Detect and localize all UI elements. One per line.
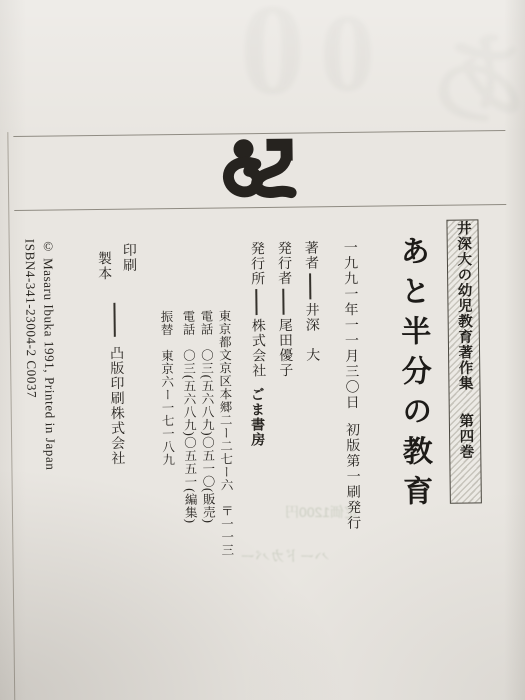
- credit-dash: [283, 289, 285, 315]
- colophon-content: 井深大の幼児教育著作集第四巻 あと半分の教育 一九九一年一一月三〇日初版第一刷発…: [0, 0, 525, 700]
- postal-transfer: 振替 東京六ー一七一八九: [159, 310, 175, 466]
- credit-author: 著者井深 大: [302, 240, 320, 362]
- phone-sales: 電話 〇三(五六八九)〇五一〇(販売): [199, 310, 216, 524]
- series-banner-text: 井深大の幼児教育著作集第四巻: [454, 220, 474, 502]
- series-banner: 井深大の幼児教育著作集第四巻: [446, 219, 481, 503]
- publisher-address: 東京都文京区本郷二ー二七ー六 〒一一三: [217, 309, 234, 556]
- credit-label: 著者: [303, 240, 318, 270]
- publisher-name: ごま書房: [250, 387, 267, 447]
- credit-issuer: 発行者尾田優子: [275, 241, 293, 378]
- printing-company-name: 凸版印刷株式会社: [108, 346, 124, 466]
- binding-label: 製本: [95, 251, 111, 281]
- credit-publisher: 発行所株式会社ごま書房: [248, 241, 267, 447]
- bottom-rule: [14, 204, 506, 211]
- book-colophon-page: { "colors": { "paper": "#e9e6e1", "ink":…: [0, 0, 525, 700]
- print-label: 印刷: [120, 243, 136, 273]
- book-title: あと半分の教育: [394, 235, 432, 515]
- series-volume: 第四巻: [457, 413, 474, 460]
- credit-dash: [256, 289, 258, 315]
- page-gutter-line: [7, 132, 15, 700]
- credit-value: 井深 大: [304, 302, 320, 362]
- edition-date: 一九九一年一一月三〇日: [342, 240, 359, 411]
- credit-value: 尾田優子: [277, 318, 293, 378]
- credit-label: 発行所: [249, 241, 265, 286]
- isbn-line: ISBN4-341-23004-2 C0037: [22, 239, 39, 398]
- credit-value: 株式会社: [250, 318, 266, 378]
- copyright-line: © Masaru Ibuka 1991, Printed in Japan: [40, 239, 58, 471]
- gomashobo-logo-icon: [219, 136, 298, 205]
- credit-label: 発行者: [276, 241, 292, 286]
- edition-printing: 初版第一刷発行: [344, 422, 360, 531]
- printing-company: 凸版印刷株式会社: [106, 300, 124, 466]
- series-title: 井深大の幼児教育著作集: [455, 220, 473, 391]
- edition-line: 一九九一年一一月三〇日初版第一刷発行: [341, 240, 361, 531]
- credit-dash: [114, 303, 116, 337]
- phone-editorial: 電話 〇三(五六八九)〇五五一(編集): [181, 310, 198, 524]
- credit-dash: [309, 273, 311, 299]
